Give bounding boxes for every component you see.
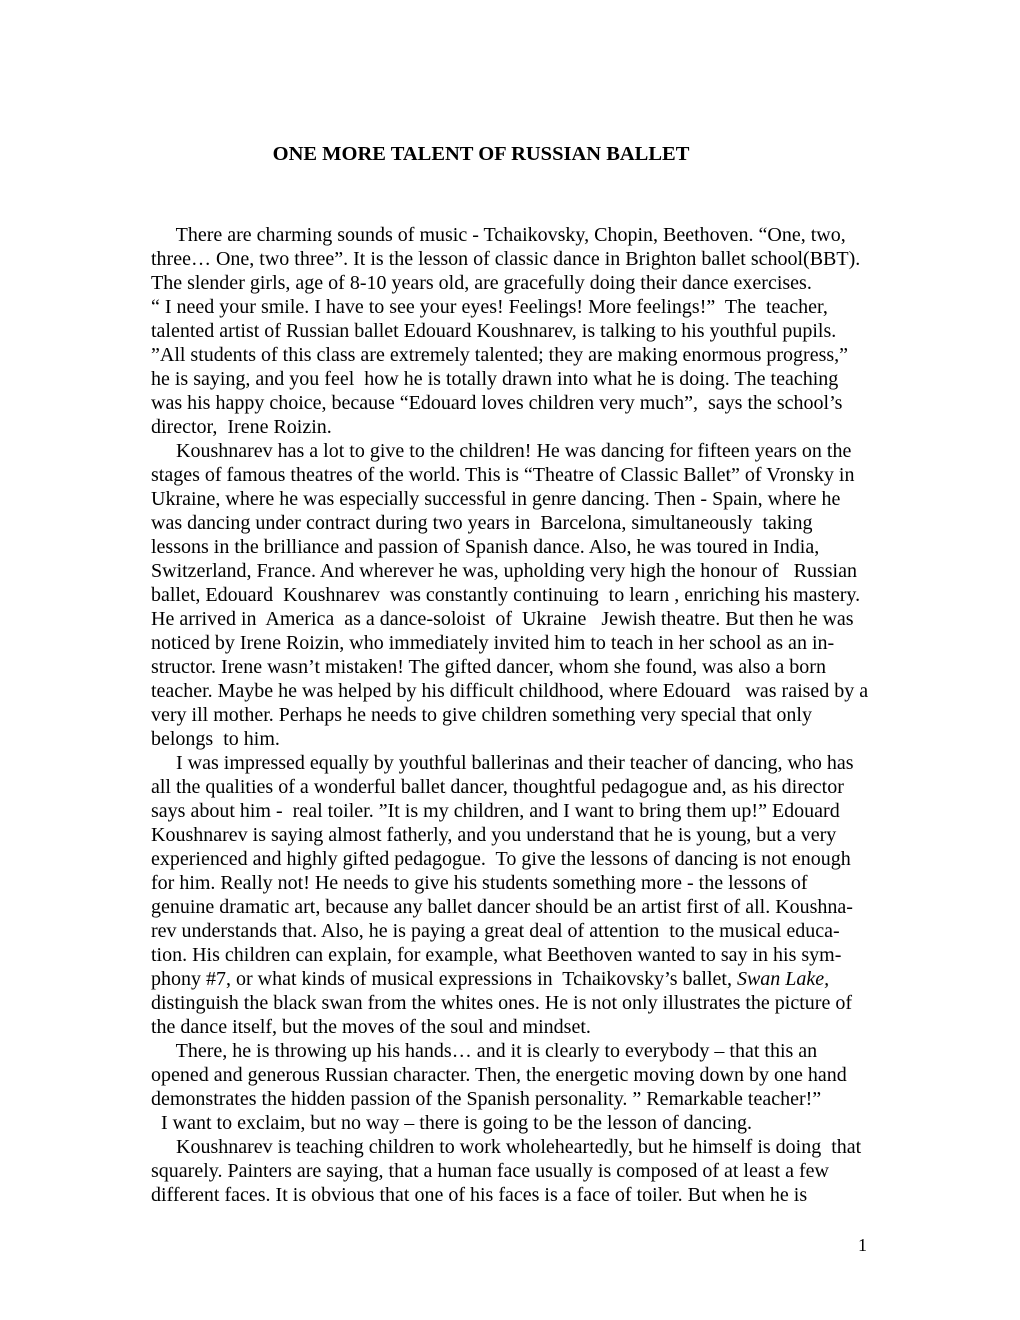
text-line: The slender girls, age of 8-10 years old…: [151, 271, 910, 295]
text-line: director, Irene Roizin.: [151, 415, 910, 439]
text-line: opened and generous Russian character. T…: [151, 1063, 910, 1087]
text-line: experienced and highly gifted pedagogue.…: [151, 847, 910, 871]
text-line: Koushnarev is saying almost fatherly, an…: [151, 823, 910, 847]
text-line: Switzerland, France. And wherever he was…: [151, 559, 910, 583]
text-line: phony #7, or what kinds of musical expre…: [151, 967, 910, 991]
text-line: Koushnarev has a lot to give to the chil…: [151, 439, 910, 463]
text-line: ballet, Edouard Koushnarev was constantl…: [151, 583, 910, 607]
text-line: There are charming sounds of music - Tch…: [151, 223, 910, 247]
text-line: Ukraine, where he was especially success…: [151, 487, 910, 511]
text-line: was his happy choice, because “Edouard l…: [151, 391, 910, 415]
text-line: very ill mother. Perhaps he needs to giv…: [151, 703, 910, 727]
text-line: structor. Irene wasn’t mistaken! The gif…: [151, 655, 910, 679]
text-line: he is saying, and you feel how he is tot…: [151, 367, 910, 391]
text-line: belongs to him.: [151, 727, 910, 751]
text-line: distinguish the black swan from the whit…: [151, 991, 910, 1015]
text-line: genuine dramatic art, because any ballet…: [151, 895, 910, 919]
page-number: 1: [858, 1234, 867, 1256]
text-line: tion. His children can explain, for exam…: [151, 943, 910, 967]
text-line: He arrived in America as a dance-soloist…: [151, 607, 910, 631]
text-line: stages of famous theatres of the world. …: [151, 463, 910, 487]
text-line: Koushnarev is teaching children to work …: [151, 1135, 910, 1159]
text-line: noticed by Irene Roizin, who immediately…: [151, 631, 910, 655]
text-line: lessons in the brilliance and passion of…: [151, 535, 910, 559]
text-line: demonstrates the hidden passion of the S…: [151, 1087, 910, 1111]
text-line: I want to exclaim, but no way – there is…: [151, 1111, 910, 1135]
text-line: I was impressed equally by youthful ball…: [151, 751, 910, 775]
italic-text-segment: Swan Lake,: [737, 968, 829, 990]
document-page: ONE MORE TALENT OF RUSSIAN BALLET There …: [0, 0, 1020, 1320]
text-line: talented artist of Russian ballet Edouar…: [151, 319, 910, 343]
text-line: rev understands that. Also, he is paying…: [151, 919, 910, 943]
text-line: the dance itself, but the moves of the s…: [151, 1015, 910, 1039]
text-line: says about him - real toiler. ”It is my …: [151, 799, 910, 823]
document-title: ONE MORE TALENT OF RUSSIAN BALLET: [151, 142, 811, 166]
text-line: was dancing under contract during two ye…: [151, 511, 910, 535]
text-segment: phony #7, or what kinds of musical expre…: [151, 968, 737, 990]
text-line: squarely. Painters are saying, that a hu…: [151, 1159, 910, 1183]
text-line: all the qualities of a wonderful ballet …: [151, 775, 910, 799]
text-line: three… One, two three”. It is the lesson…: [151, 247, 910, 271]
text-line: different faces. It is obvious that one …: [151, 1183, 910, 1207]
text-line: “ I need your smile. I have to see your …: [151, 295, 910, 319]
text-line: teacher. Maybe he was helped by his diff…: [151, 679, 910, 703]
text-line: There, he is throwing up his hands… and …: [151, 1039, 910, 1063]
text-line: ”All students of this class are extremel…: [151, 343, 910, 367]
document-body: There are charming sounds of music - Tch…: [151, 223, 910, 1207]
text-line: for him. Really not! He needs to give hi…: [151, 871, 910, 895]
